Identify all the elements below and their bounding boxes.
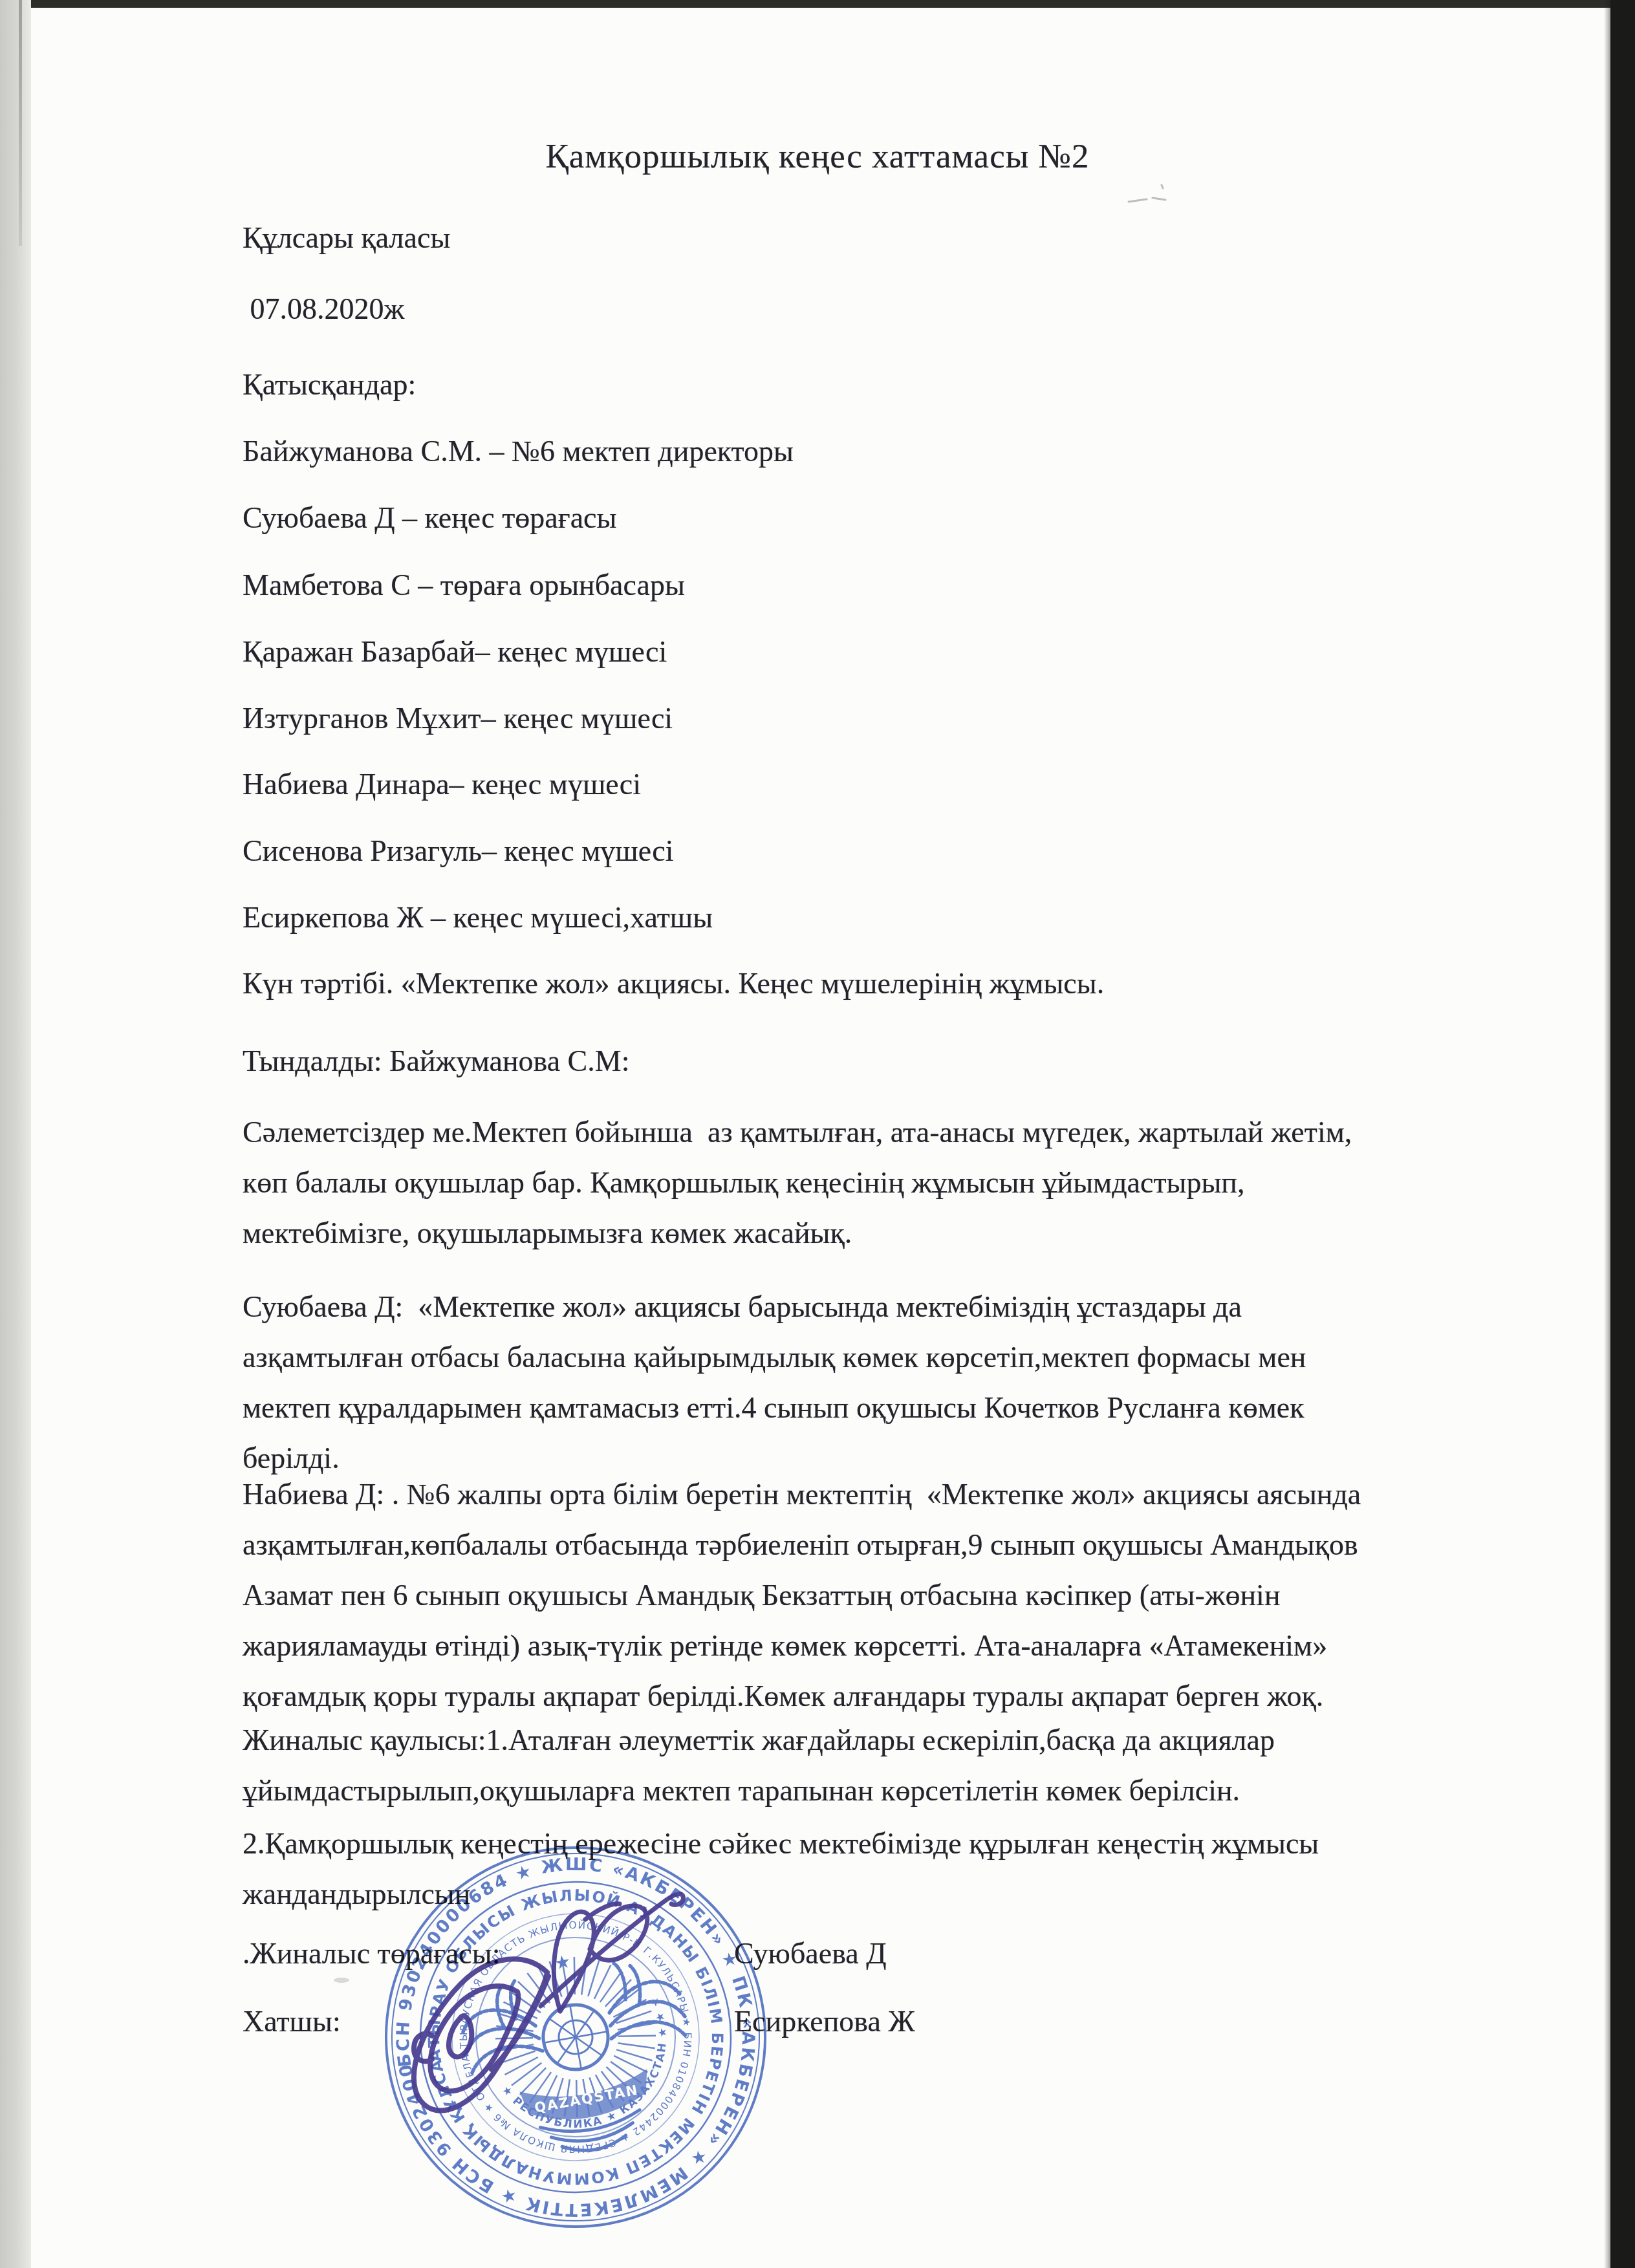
text-line: Сисенова Ризагуль– кеңес мүшесі bbox=[243, 836, 673, 866]
text-line: Суюбаева Д – кеңес төрағасы bbox=[243, 503, 616, 533]
text-line: көп балалы оқушылар бар. Қамқоршылық кең… bbox=[243, 1168, 1244, 1198]
text-line-secretary-label: Хатшы: bbox=[243, 2007, 341, 2036]
emblem-star-icon: ★ bbox=[552, 1950, 572, 1974]
text-line: берілді. bbox=[243, 1443, 340, 1473]
emblem-sun-rays-icon bbox=[482, 1944, 668, 2130]
emblem-wings-icon bbox=[455, 1953, 688, 2075]
text-line-date: 07.08.2020ж bbox=[243, 294, 404, 324]
text-line: 2.Қамқоршылық кеңестің ережесіне сәйкес … bbox=[243, 1829, 1319, 1859]
text-line: жарияламауды өтінді) азық-түлік ретінде … bbox=[243, 1631, 1327, 1661]
text-line: Мамбетова С – төраға орынбасары bbox=[243, 570, 685, 600]
text-line: Сәлеметсіздер ме.Мектеп бойынша аз қамты… bbox=[243, 1118, 1352, 1147]
emblem-banner: QAZAQSTAN bbox=[519, 2069, 659, 2161]
scan-smudge bbox=[334, 1978, 349, 1983]
stamp-district-ring-text: АТЫРАУ ОБЛЫСЫ ЖЫЛЫОЙ АУДАНЫ БІЛІМ БЕРЕТІ… bbox=[401, 1863, 750, 2212]
stamp-bottom-ring-text: ★ РЕСПУБЛИКА ★ КАЗАХСТАН ★ ★ ★ bbox=[487, 1993, 684, 2144]
text-line-attendees: Қатысқандар: bbox=[243, 370, 416, 400]
text-line-chairman-label: .Жиналыс төрағасы: bbox=[243, 1939, 500, 1969]
document-title: Қамқоршылық кеңес хаттамасы №2 bbox=[0, 137, 1635, 176]
banner-label: QAZAQSTAN bbox=[533, 2082, 640, 2116]
text-line: қоғамдық қоры туралы ақпарат берілді.Көм… bbox=[243, 1681, 1323, 1711]
text-line: ұйымдастырылып,оқушыларға мектеп тарапын… bbox=[243, 1776, 1240, 1806]
text-line: Есиркепова Ж – кеңес мүшесі,хатшы bbox=[243, 903, 713, 933]
text-line-heard: Тындалды: Байжуманова С.М: bbox=[243, 1046, 629, 1076]
text-line: азқамтылған,көпбалалы отбасында тәрбиеле… bbox=[243, 1530, 1358, 1560]
text-line: Суюбаева Д: «Мектепке жол» акциясы барыс… bbox=[243, 1292, 1242, 1322]
scan-page: Қамқоршылық кеңес хаттамасы №2 Құлсары қ… bbox=[0, 0, 1635, 2268]
svg-text:АТЫРАУ ОБЛЫСЫ ЖЫЛЫОЙ АУДАНЫ БІ: АТЫРАУ ОБЛЫСЫ ЖЫЛЫОЙ АУДАНЫ БІЛІМ БЕРЕТІ… bbox=[401, 1863, 750, 2212]
text-line: Қаражан Базарбай– кеңес мүшесі bbox=[243, 637, 667, 667]
text-line: Азамат пен 6 сынып оқушысы Амандық Бекза… bbox=[243, 1581, 1281, 1610]
text-line: мектебімізге, оқушыларымызға көмек жасай… bbox=[243, 1218, 852, 1248]
text-line: Набиева Д: . №6 жалпы орта білім беретін… bbox=[243, 1480, 1361, 1509]
signature-secretary bbox=[414, 1959, 548, 2110]
text-line: азқамтылған отбасы баласына қайырымдылық… bbox=[243, 1343, 1306, 1372]
text-line: Набиева Динара– кеңес мүшесі bbox=[243, 770, 641, 799]
text-line-agenda: Күн тәртібі. «Мектепке жол» акциясы. Кең… bbox=[243, 969, 1104, 999]
scan-edge-left bbox=[0, 0, 31, 2268]
emblem-shanyrak-icon bbox=[538, 2000, 613, 2075]
text-line-city: Құлсары қаласы bbox=[243, 223, 450, 253]
text-line-chairman-name: Суюбаева Д bbox=[734, 1939, 887, 1969]
scan-edge-right bbox=[1610, 0, 1635, 2268]
text-line-resolution: Жиналыс қаулысы:1.Аталған әлеуметтік жағ… bbox=[243, 1725, 1275, 1755]
text-line-secretary-name: Есиркепова Ж bbox=[734, 2007, 915, 2036]
svg-text:★ РЕСПУБЛИКА ★ КАЗАХСТАН ★ ★ ★: ★ РЕСПУБЛИКА ★ КАЗАХСТАН ★ ★ ★ bbox=[487, 1993, 684, 2144]
text-line: Байжуманова С.М. – №6 мектеп директоры bbox=[243, 437, 794, 466]
text-line: жандандырылсын bbox=[243, 1879, 470, 1909]
signature-chairman bbox=[541, 1894, 684, 2011]
scan-edge-top bbox=[26, 0, 1635, 8]
scan-edge-left-line bbox=[19, 0, 22, 246]
text-line: Изтурганов Мұхит– кеңес мүшесі bbox=[243, 704, 673, 733]
pencil-mark bbox=[1129, 185, 1165, 202]
text-line: мектеп құралдарымен қамтамасыз етті.4 сы… bbox=[243, 1393, 1305, 1423]
